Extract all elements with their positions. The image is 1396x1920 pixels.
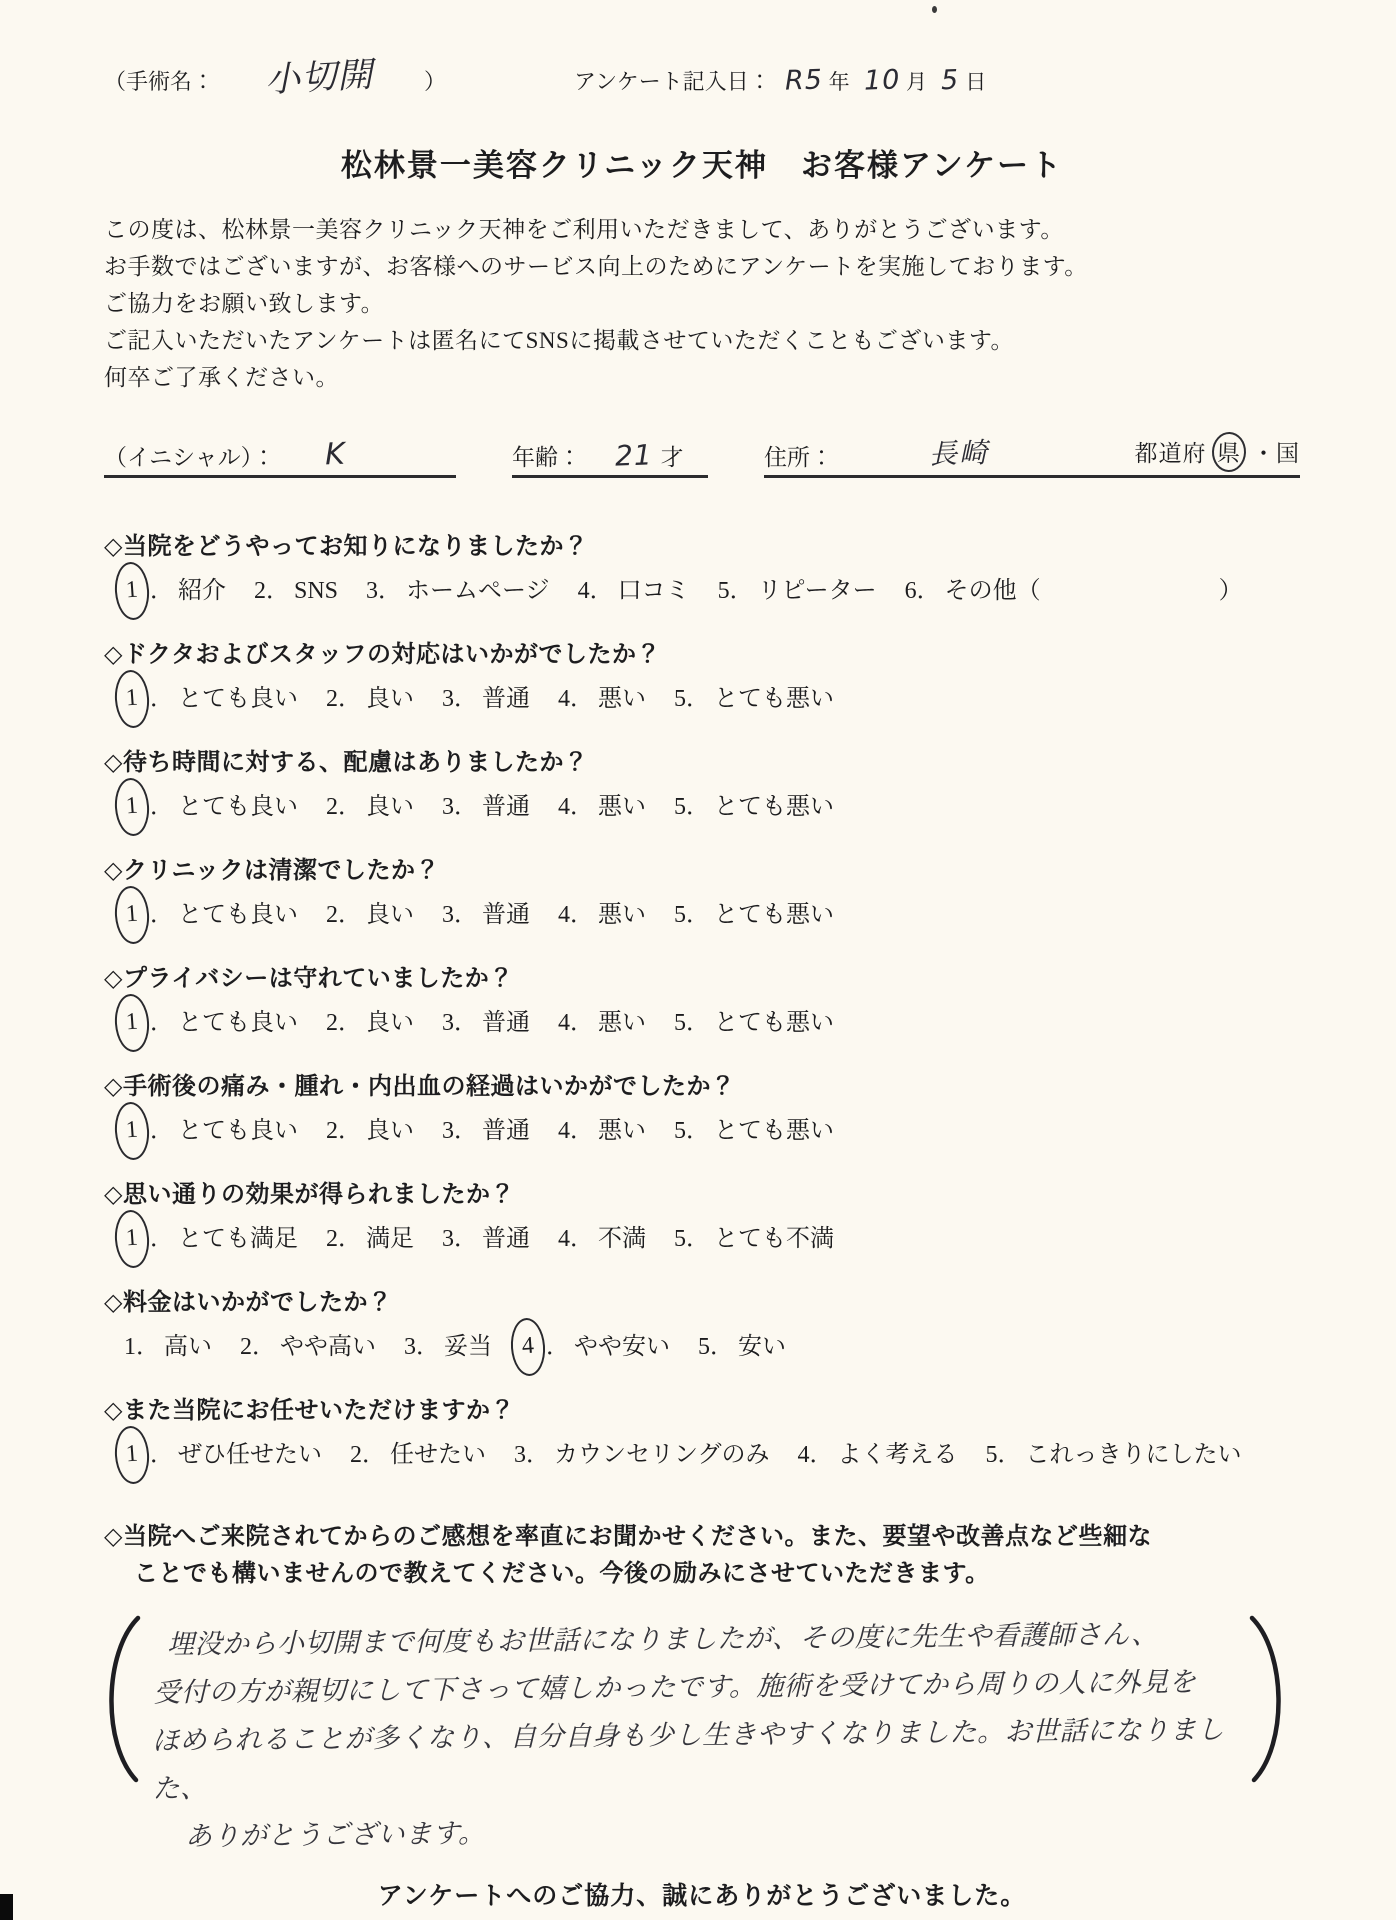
- option-number: 1: [125, 901, 139, 928]
- profile-row: （イニシャル）： K 年齢： 21 才 住所： 長崎 都道府 県 ・国: [104, 432, 1300, 478]
- option-number: 3: [442, 902, 454, 928]
- surgery-name-close-paren: ）: [424, 65, 446, 96]
- year-suffix: 年: [829, 66, 850, 96]
- option-number-wrap: 3: [404, 1324, 416, 1370]
- handwritten-bracket-left: [96, 1614, 144, 1784]
- option-item: 3．普通: [442, 1000, 530, 1046]
- option-number: 5: [674, 1226, 686, 1252]
- option-number-period: ．: [570, 892, 594, 938]
- option-number: 2: [350, 1442, 362, 1468]
- option-label: 普通: [482, 676, 530, 722]
- option-number-wrap: 3: [442, 676, 454, 722]
- option-number: 1: [125, 685, 139, 712]
- question-options: 1．とても良い2．良い3．普通4．悪い5．とても悪い: [104, 1108, 1300, 1154]
- option-number-wrap: 3: [442, 1108, 454, 1154]
- survey-scan-page: （手術名： 小切開 ） アンケート記入日： R5 年 10 月 5 日 松林景一…: [0, 0, 1396, 1920]
- option-number: 4: [558, 794, 570, 820]
- question-heading: ◇クリニックは清潔でしたか？: [104, 856, 1300, 886]
- option-item: 5．とても悪い: [674, 784, 834, 830]
- option-label: 妥当: [444, 1324, 492, 1370]
- feedback-prompt: ◇当院へご来院されてからのご感想を率直にお聞かせください。また、要望や改善点など…: [104, 1518, 1300, 1592]
- option-item: 2．SNS: [254, 568, 338, 614]
- question-heading: ◇プライバシーは守れていましたか？: [104, 964, 1300, 994]
- question-block: ◇料金はいかがでしたか？1．高い2．やや高い3．妥当4．やや安い5．安い: [104, 1288, 1300, 1370]
- address-value: 長崎: [928, 431, 989, 473]
- option-number: 2: [326, 1010, 338, 1036]
- option-item: 2．任せたい: [350, 1432, 486, 1478]
- option-item: 3．ホームページ: [366, 568, 550, 614]
- option-number-wrap: 4: [558, 676, 570, 722]
- day-suffix: 日: [965, 66, 986, 96]
- option-number: 5: [698, 1334, 710, 1360]
- comment-area: 埋没から小切開まで何度もお世話になりましたが、その度に先生や看護師さん、 受付の…: [104, 1610, 1300, 1856]
- option-item: 3．普通: [442, 784, 530, 830]
- option-item: 4．口コミ: [578, 568, 690, 614]
- intro-line: お手数ではございますが、お客様へのサービス向上のためにアンケートを実施しておりま…: [104, 248, 1300, 285]
- option-number-period: ．: [686, 1216, 710, 1262]
- option-number: 3: [442, 686, 454, 712]
- option-number-wrap: 5: [674, 1108, 686, 1154]
- option-number: 3: [366, 578, 378, 604]
- option-number-wrap: 2: [254, 568, 266, 614]
- option-number: 5: [674, 686, 686, 712]
- option-item: 1．とても満足: [124, 1216, 298, 1262]
- option-number-wrap: 2: [326, 1000, 338, 1046]
- option-number-wrap: 3: [442, 784, 454, 830]
- option-label: これっきりにしたい: [1026, 1432, 1242, 1478]
- option-number-wrap: 3: [442, 1216, 454, 1262]
- option-item: 5．とても悪い: [674, 892, 834, 938]
- option-item: 4．悪い: [558, 676, 646, 722]
- option-number: 4: [558, 1226, 570, 1252]
- option-number-period: ．: [266, 568, 290, 614]
- option-number: 3: [404, 1334, 416, 1360]
- option-number-period: ．: [454, 892, 478, 938]
- option-number: 1: [125, 1117, 139, 1144]
- option-item: 1．紹介: [124, 568, 226, 614]
- selected-answer-circle: 4: [509, 1317, 547, 1377]
- option-number-wrap: 5: [674, 1216, 686, 1262]
- option-number-wrap: 5: [718, 568, 730, 614]
- selected-answer-circle: 1: [113, 885, 151, 945]
- option-number-wrap: 4: [558, 1216, 570, 1262]
- question-heading: ◇ドクタおよびスタッフの対応はいかがでしたか？: [104, 640, 1300, 670]
- option-label: リピーター: [758, 568, 877, 614]
- option-item: 1．高い: [124, 1324, 212, 1370]
- option-number-wrap: 3: [366, 568, 378, 614]
- survey-date-group: アンケート記入日： R5 年 10 月 5 日: [574, 65, 986, 96]
- option-label: 良い: [366, 1000, 414, 1046]
- option-number-period: ．: [338, 784, 362, 830]
- option-number: 3: [442, 794, 454, 820]
- question-heading: ◇また当院にお任せいただけますか？: [104, 1396, 1300, 1426]
- other-blank-close-paren: ）: [1219, 568, 1243, 614]
- initial-value: K: [325, 437, 347, 473]
- option-number: 4: [558, 686, 570, 712]
- option-number-wrap: 3: [442, 892, 454, 938]
- option-label: 普通: [482, 1000, 530, 1046]
- option-label: 任せたい: [390, 1432, 486, 1478]
- option-number-wrap: 4: [798, 1432, 810, 1478]
- option-item: 5．これっきりにしたい: [986, 1432, 1242, 1478]
- option-item: 2．満足: [326, 1216, 414, 1262]
- question-options: 1．とても良い2．良い3．普通4．悪い5．とても悪い: [104, 676, 1300, 722]
- option-number-wrap: 5: [674, 1000, 686, 1046]
- option-number-wrap: 2: [326, 1108, 338, 1154]
- option-number-period: ．: [362, 1432, 386, 1478]
- option-label: SNS: [294, 568, 338, 614]
- option-label: やや高い: [280, 1324, 376, 1370]
- option-number-period: ．: [150, 1432, 174, 1478]
- option-number: 2: [254, 578, 266, 604]
- question-block: ◇プライバシーは守れていましたか？1．とても良い2．良い3．普通4．悪い5．とて…: [104, 964, 1300, 1046]
- question-options: 1．とても満足2．満足3．普通4．不満5．とても不満: [104, 1216, 1300, 1262]
- question-heading: ◇手術後の痛み・腫れ・内出血の経過はいかがでしたか？: [104, 1072, 1300, 1102]
- option-number: 1: [125, 1225, 139, 1252]
- option-item: 2．良い: [326, 676, 414, 722]
- option-number-period: ．: [252, 1324, 276, 1370]
- age-field: 年齢： 21 才: [512, 439, 708, 478]
- option-item: 4．悪い: [558, 1000, 646, 1046]
- question-options: 1．ぜひ任せたい2．任せたい3．カウンセリングのみ4．よく考える5．これっきりに…: [104, 1432, 1300, 1478]
- option-number-period: ．: [590, 568, 614, 614]
- option-number-period: ．: [454, 676, 478, 722]
- option-number-wrap: 2: [326, 892, 338, 938]
- option-number-wrap: 6: [905, 568, 917, 614]
- option-number-wrap: 3: [442, 1000, 454, 1046]
- option-number: 2: [326, 902, 338, 928]
- option-number: 2: [326, 1118, 338, 1144]
- intro-line: ご協力をお願い致します。: [104, 285, 1300, 322]
- option-item: 5．とても不満: [674, 1216, 834, 1262]
- option-number-period: ．: [546, 1324, 570, 1370]
- option-label: とても悪い: [714, 1000, 834, 1046]
- option-number: 4: [798, 1442, 810, 1468]
- question-options: 1．とても良い2．良い3．普通4．悪い5．とても悪い: [104, 892, 1300, 938]
- option-number-period: ．: [150, 1108, 174, 1154]
- option-number-wrap: 4: [558, 784, 570, 830]
- survey-date-day-value: 5: [940, 65, 959, 97]
- option-number: 1: [125, 1009, 139, 1036]
- option-label: 安い: [738, 1324, 786, 1370]
- option-item: 5．安い: [698, 1324, 786, 1370]
- option-label: 普通: [482, 1108, 530, 1154]
- option-label: 紹介: [178, 568, 226, 614]
- initial-field: （イニシャル）： K: [104, 437, 456, 478]
- option-item: 4．よく考える: [798, 1432, 958, 1478]
- option-number-wrap: 4: [558, 1108, 570, 1154]
- option-number-period: ．: [526, 1432, 550, 1478]
- option-label: 良い: [366, 784, 414, 830]
- option-number-wrap: 2: [326, 784, 338, 830]
- question-options: 1．とても良い2．良い3．普通4．悪い5．とても悪い: [104, 1000, 1300, 1046]
- option-label: 普通: [482, 1216, 530, 1262]
- option-item: 4．悪い: [558, 892, 646, 938]
- comment-line: ありがとうございます。: [153, 1802, 1245, 1861]
- option-label: 不満: [598, 1216, 646, 1262]
- scan-speck-artifact: [932, 6, 937, 13]
- option-number-wrap: 3: [514, 1432, 526, 1478]
- option-number-period: ．: [686, 892, 710, 938]
- selected-answer-circle: 1: [113, 993, 151, 1053]
- selected-answer-circle: 1: [113, 669, 151, 729]
- region-circled-kanji: 県: [1212, 431, 1247, 472]
- survey-date-label: アンケート記入日：: [574, 65, 771, 96]
- option-number-period: ．: [454, 1108, 478, 1154]
- option-number-wrap: 2: [240, 1324, 252, 1370]
- option-number-period: ．: [378, 568, 402, 614]
- option-number-period: ．: [338, 1108, 362, 1154]
- option-number-wrap: 5: [698, 1324, 710, 1370]
- option-item: 1．とても良い: [124, 1108, 298, 1154]
- option-number-wrap: 4: [558, 892, 570, 938]
- option-number-period: ．: [686, 784, 710, 830]
- option-item: 3．普通: [442, 892, 530, 938]
- option-number-wrap: 2: [350, 1432, 362, 1478]
- question-options: 1．高い2．やや高い3．妥当4．やや安い5．安い: [104, 1324, 1300, 1370]
- option-number-period: ．: [150, 892, 174, 938]
- option-number: 5: [718, 578, 730, 604]
- handwritten-comment: 埋没から小切開まで何度もお世話になりましたが、その度に先生や看護師さん、 受付の…: [151, 1610, 1245, 1861]
- feedback-prompt-line: ◇当院へご来院されてからのご感想を率直にお聞かせください。また、要望や改善点など…: [104, 1518, 1300, 1555]
- initial-label: （イニシャル）：: [104, 439, 275, 472]
- selected-answer-circle: 1: [113, 1209, 151, 1269]
- feedback-prompt-line: ことでも構いませんので教えてください。今後の励みにさせていただきます。: [104, 1555, 1300, 1592]
- option-number-wrap: 2: [326, 1216, 338, 1262]
- option-label: とても悪い: [714, 1108, 834, 1154]
- option-label: 満足: [366, 1216, 414, 1262]
- option-number-period: ．: [570, 1000, 594, 1046]
- option-label: 口コミ: [618, 568, 690, 614]
- option-number-period: ．: [570, 784, 594, 830]
- option-label: 悪い: [598, 1000, 646, 1046]
- option-number: 5: [674, 1010, 686, 1036]
- selected-answer-circle: 1: [113, 1101, 151, 1161]
- question-block: ◇また当院にお任せいただけますか？1．ぜひ任せたい2．任せたい3．カウンセリング…: [104, 1396, 1300, 1478]
- option-number-period: ．: [917, 568, 941, 614]
- month-suffix: 月: [906, 66, 927, 96]
- option-number-wrap: 4: [558, 1000, 570, 1046]
- option-item: 5．とても悪い: [674, 1108, 834, 1154]
- option-number: 1: [125, 577, 139, 604]
- option-label: その他（: [945, 568, 1041, 614]
- option-number-period: ．: [730, 568, 754, 614]
- selected-answer-circle: 1: [113, 777, 151, 837]
- option-number-period: ．: [338, 1216, 362, 1262]
- option-number-period: ．: [686, 1108, 710, 1154]
- surgery-name-value: 小切開: [213, 45, 425, 106]
- option-item: 1．ぜひ任せたい: [124, 1432, 322, 1478]
- option-item: 4．不満: [558, 1216, 646, 1262]
- option-item: 1．とても良い: [124, 1000, 298, 1046]
- option-number-period: ．: [150, 1216, 174, 1262]
- option-number-period: ．: [338, 892, 362, 938]
- option-number: 4: [578, 578, 590, 604]
- option-label: とても悪い: [714, 676, 834, 722]
- option-label: 良い: [366, 892, 414, 938]
- option-label: カウンセリングのみ: [554, 1432, 770, 1478]
- address-field: 住所： 長崎 都道府 県 ・国: [764, 432, 1300, 478]
- option-item: 4．悪い: [558, 1108, 646, 1154]
- option-item: 5．とても悪い: [674, 676, 834, 722]
- option-number-period: ．: [570, 1108, 594, 1154]
- question-heading: ◇当院をどうやってお知りになりましたか？: [104, 532, 1300, 562]
- option-item: 3．普通: [442, 1108, 530, 1154]
- survey-date-year-value: R5: [784, 64, 823, 96]
- option-number: 5: [674, 794, 686, 820]
- option-item: 2．良い: [326, 784, 414, 830]
- survey-date-month-value: 10: [863, 64, 900, 96]
- option-number-wrap: 5: [986, 1432, 998, 1478]
- question-heading: ◇料金はいかがでしたか？: [104, 1288, 1300, 1318]
- option-label: 高い: [164, 1324, 212, 1370]
- option-number-wrap: 5: [674, 676, 686, 722]
- region-label: 都道府 県 ・国: [1135, 432, 1301, 472]
- option-item: 2．良い: [326, 1000, 414, 1046]
- handwritten-bracket-right: [1246, 1614, 1294, 1784]
- option-item: 3．カウンセリングのみ: [514, 1432, 770, 1478]
- question-options: 1．とても良い2．良い3．普通4．悪い5．とても悪い: [104, 784, 1300, 830]
- option-label: とても悪い: [714, 784, 834, 830]
- intro-paragraph: この度は、松林景一美容クリニック天神をご利用いただきまして、ありがとうございます…: [104, 211, 1300, 396]
- option-number: 2: [326, 1226, 338, 1252]
- option-item: 5．とても悪い: [674, 1000, 834, 1046]
- age-label: 年齢：: [512, 439, 581, 472]
- option-number-wrap: 5: [674, 892, 686, 938]
- option-number-period: ．: [338, 676, 362, 722]
- option-number: 6: [905, 578, 917, 604]
- option-number-period: ．: [710, 1324, 734, 1370]
- option-number-period: ．: [454, 1216, 478, 1262]
- option-number: 1: [124, 1334, 136, 1360]
- option-label: 普通: [482, 784, 530, 830]
- option-label: 悪い: [598, 676, 646, 722]
- option-item: 2．良い: [326, 892, 414, 938]
- option-label: とても良い: [178, 1108, 298, 1154]
- option-item: 1．とても良い: [124, 892, 298, 938]
- option-number: 1: [125, 1441, 139, 1468]
- option-number-period: ．: [686, 676, 710, 722]
- region-suffix: ・国: [1252, 441, 1300, 466]
- option-number: 5: [674, 1118, 686, 1144]
- question-block: ◇手術後の痛み・腫れ・内出血の経過はいかがでしたか？1．とても良い2．良い3．普…: [104, 1072, 1300, 1154]
- question-options: 1．紹介2．SNS3．ホームページ4．口コミ5．リピーター6．その他（）: [104, 568, 1300, 614]
- question-heading: ◇思い通りの効果が得られましたか？: [104, 1180, 1300, 1210]
- header-row: （手術名： 小切開 ） アンケート記入日： R5 年 10 月 5 日: [104, 50, 1300, 100]
- option-label: とても良い: [178, 676, 298, 722]
- intro-line: ご記入いただいたアンケートは匿名にてSNSに掲載させていただくこともございます。: [104, 322, 1300, 359]
- option-number-period: ．: [136, 1324, 160, 1370]
- option-number: 4: [558, 902, 570, 928]
- option-number-period: ．: [150, 676, 174, 722]
- option-number: 3: [442, 1118, 454, 1144]
- option-number-period: ．: [150, 784, 174, 830]
- option-number-wrap: 4: [578, 568, 590, 614]
- option-number: 4: [558, 1010, 570, 1036]
- comment-line: ほめられることが多くなり、自分自身も少し生きやすくなりました。お世話になりました…: [152, 1706, 1245, 1813]
- option-number-period: ．: [150, 1000, 174, 1046]
- address-label: 住所：: [764, 439, 833, 472]
- option-item: 1．とても良い: [124, 676, 298, 722]
- age-unit: 才: [661, 439, 684, 472]
- questions-section: ◇当院をどうやってお知りになりましたか？1．紹介2．SNS3．ホームページ4．口…: [104, 532, 1300, 1478]
- option-number-wrap: 2: [326, 676, 338, 722]
- intro-line: 何卒ご了承ください。: [104, 359, 1300, 396]
- option-number: 5: [674, 902, 686, 928]
- option-number-period: ．: [570, 1216, 594, 1262]
- option-number: 2: [326, 794, 338, 820]
- scan-edge-artifact: [0, 1894, 13, 1920]
- option-label: 悪い: [598, 892, 646, 938]
- option-label: 悪い: [598, 784, 646, 830]
- option-number: 4: [521, 1333, 535, 1360]
- intro-line: この度は、松林景一美容クリニック天神をご利用いただきまして、ありがとうございます…: [104, 211, 1300, 248]
- age-value: 21: [614, 438, 653, 472]
- option-label: とても良い: [178, 892, 298, 938]
- question-block: ◇当院をどうやってお知りになりましたか？1．紹介2．SNS3．ホームページ4．口…: [104, 532, 1300, 614]
- option-label: とても良い: [178, 784, 298, 830]
- option-number-period: ．: [686, 1000, 710, 1046]
- form-title: 松林景一美容クリニック天神 お客様アンケート: [104, 140, 1300, 185]
- option-number-period: ．: [570, 676, 594, 722]
- option-item: 4．悪い: [558, 784, 646, 830]
- option-label: ホームページ: [406, 568, 550, 614]
- option-item: 2．やや高い: [240, 1324, 376, 1370]
- question-block: ◇待ち時間に対する、配慮はありましたか？1．とても良い2．良い3．普通4．悪い5…: [104, 748, 1300, 830]
- option-number: 3: [442, 1010, 454, 1036]
- option-item: 5．リピーター: [718, 568, 877, 614]
- question-heading: ◇待ち時間に対する、配慮はありましたか？: [104, 748, 1300, 778]
- option-number-period: ．: [416, 1324, 440, 1370]
- option-label: よく考える: [838, 1432, 958, 1478]
- option-item: 2．良い: [326, 1108, 414, 1154]
- option-label: 良い: [366, 676, 414, 722]
- question-block: ◇思い通りの効果が得られましたか？1．とても満足2．満足3．普通4．不満5．とて…: [104, 1180, 1300, 1262]
- option-number-period: ．: [998, 1432, 1022, 1478]
- selected-answer-circle: 1: [113, 561, 151, 621]
- option-item: 3．普通: [442, 676, 530, 722]
- option-label: とても不満: [714, 1216, 834, 1262]
- surgery-name-label: （手術名：: [104, 65, 214, 96]
- option-number: 3: [442, 1226, 454, 1252]
- option-number-wrap: 1: [124, 1324, 136, 1370]
- option-number: 5: [986, 1442, 998, 1468]
- option-number: 4: [558, 1118, 570, 1144]
- option-number-period: ．: [454, 1000, 478, 1046]
- option-label: 普通: [482, 892, 530, 938]
- option-number: 2: [240, 1334, 252, 1360]
- option-item: 3．妥当: [404, 1324, 492, 1370]
- option-label: 良い: [366, 1108, 414, 1154]
- option-number: 2: [326, 686, 338, 712]
- region-prefix: 都道府: [1135, 441, 1207, 466]
- option-number-period: ．: [150, 568, 174, 614]
- option-number-period: ．: [810, 1432, 834, 1478]
- selected-answer-circle: 1: [113, 1425, 151, 1485]
- option-label: ぜひ任せたい: [178, 1432, 322, 1478]
- option-label: やや安い: [574, 1324, 670, 1370]
- option-number-wrap: 5: [674, 784, 686, 830]
- option-label: とても悪い: [714, 892, 834, 938]
- question-block: ◇クリニックは清潔でしたか？1．とても良い2．良い3．普通4．悪い5．とても悪い: [104, 856, 1300, 938]
- option-number: 3: [514, 1442, 526, 1468]
- option-label: 悪い: [598, 1108, 646, 1154]
- option-item: 4．やや安い: [520, 1324, 670, 1370]
- footer-thanks: アンケートへのご協力、誠にありがとうございました。: [104, 1876, 1300, 1912]
- option-item: 1．とても良い: [124, 784, 298, 830]
- option-number: 1: [125, 793, 139, 820]
- option-number-period: ．: [338, 1000, 362, 1046]
